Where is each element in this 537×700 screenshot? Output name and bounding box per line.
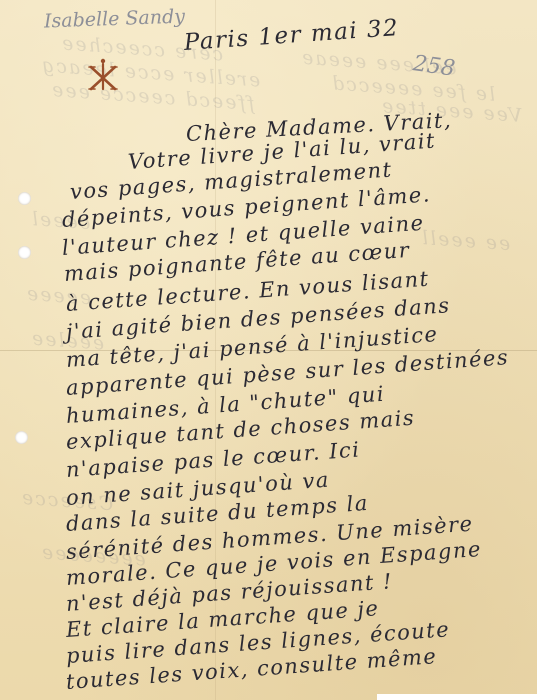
punch-hole — [18, 192, 31, 205]
punch-hole — [15, 431, 28, 444]
punch-hole — [18, 246, 31, 259]
scan-edge — [377, 694, 537, 700]
chi-rho-monogram-icon — [86, 58, 120, 92]
